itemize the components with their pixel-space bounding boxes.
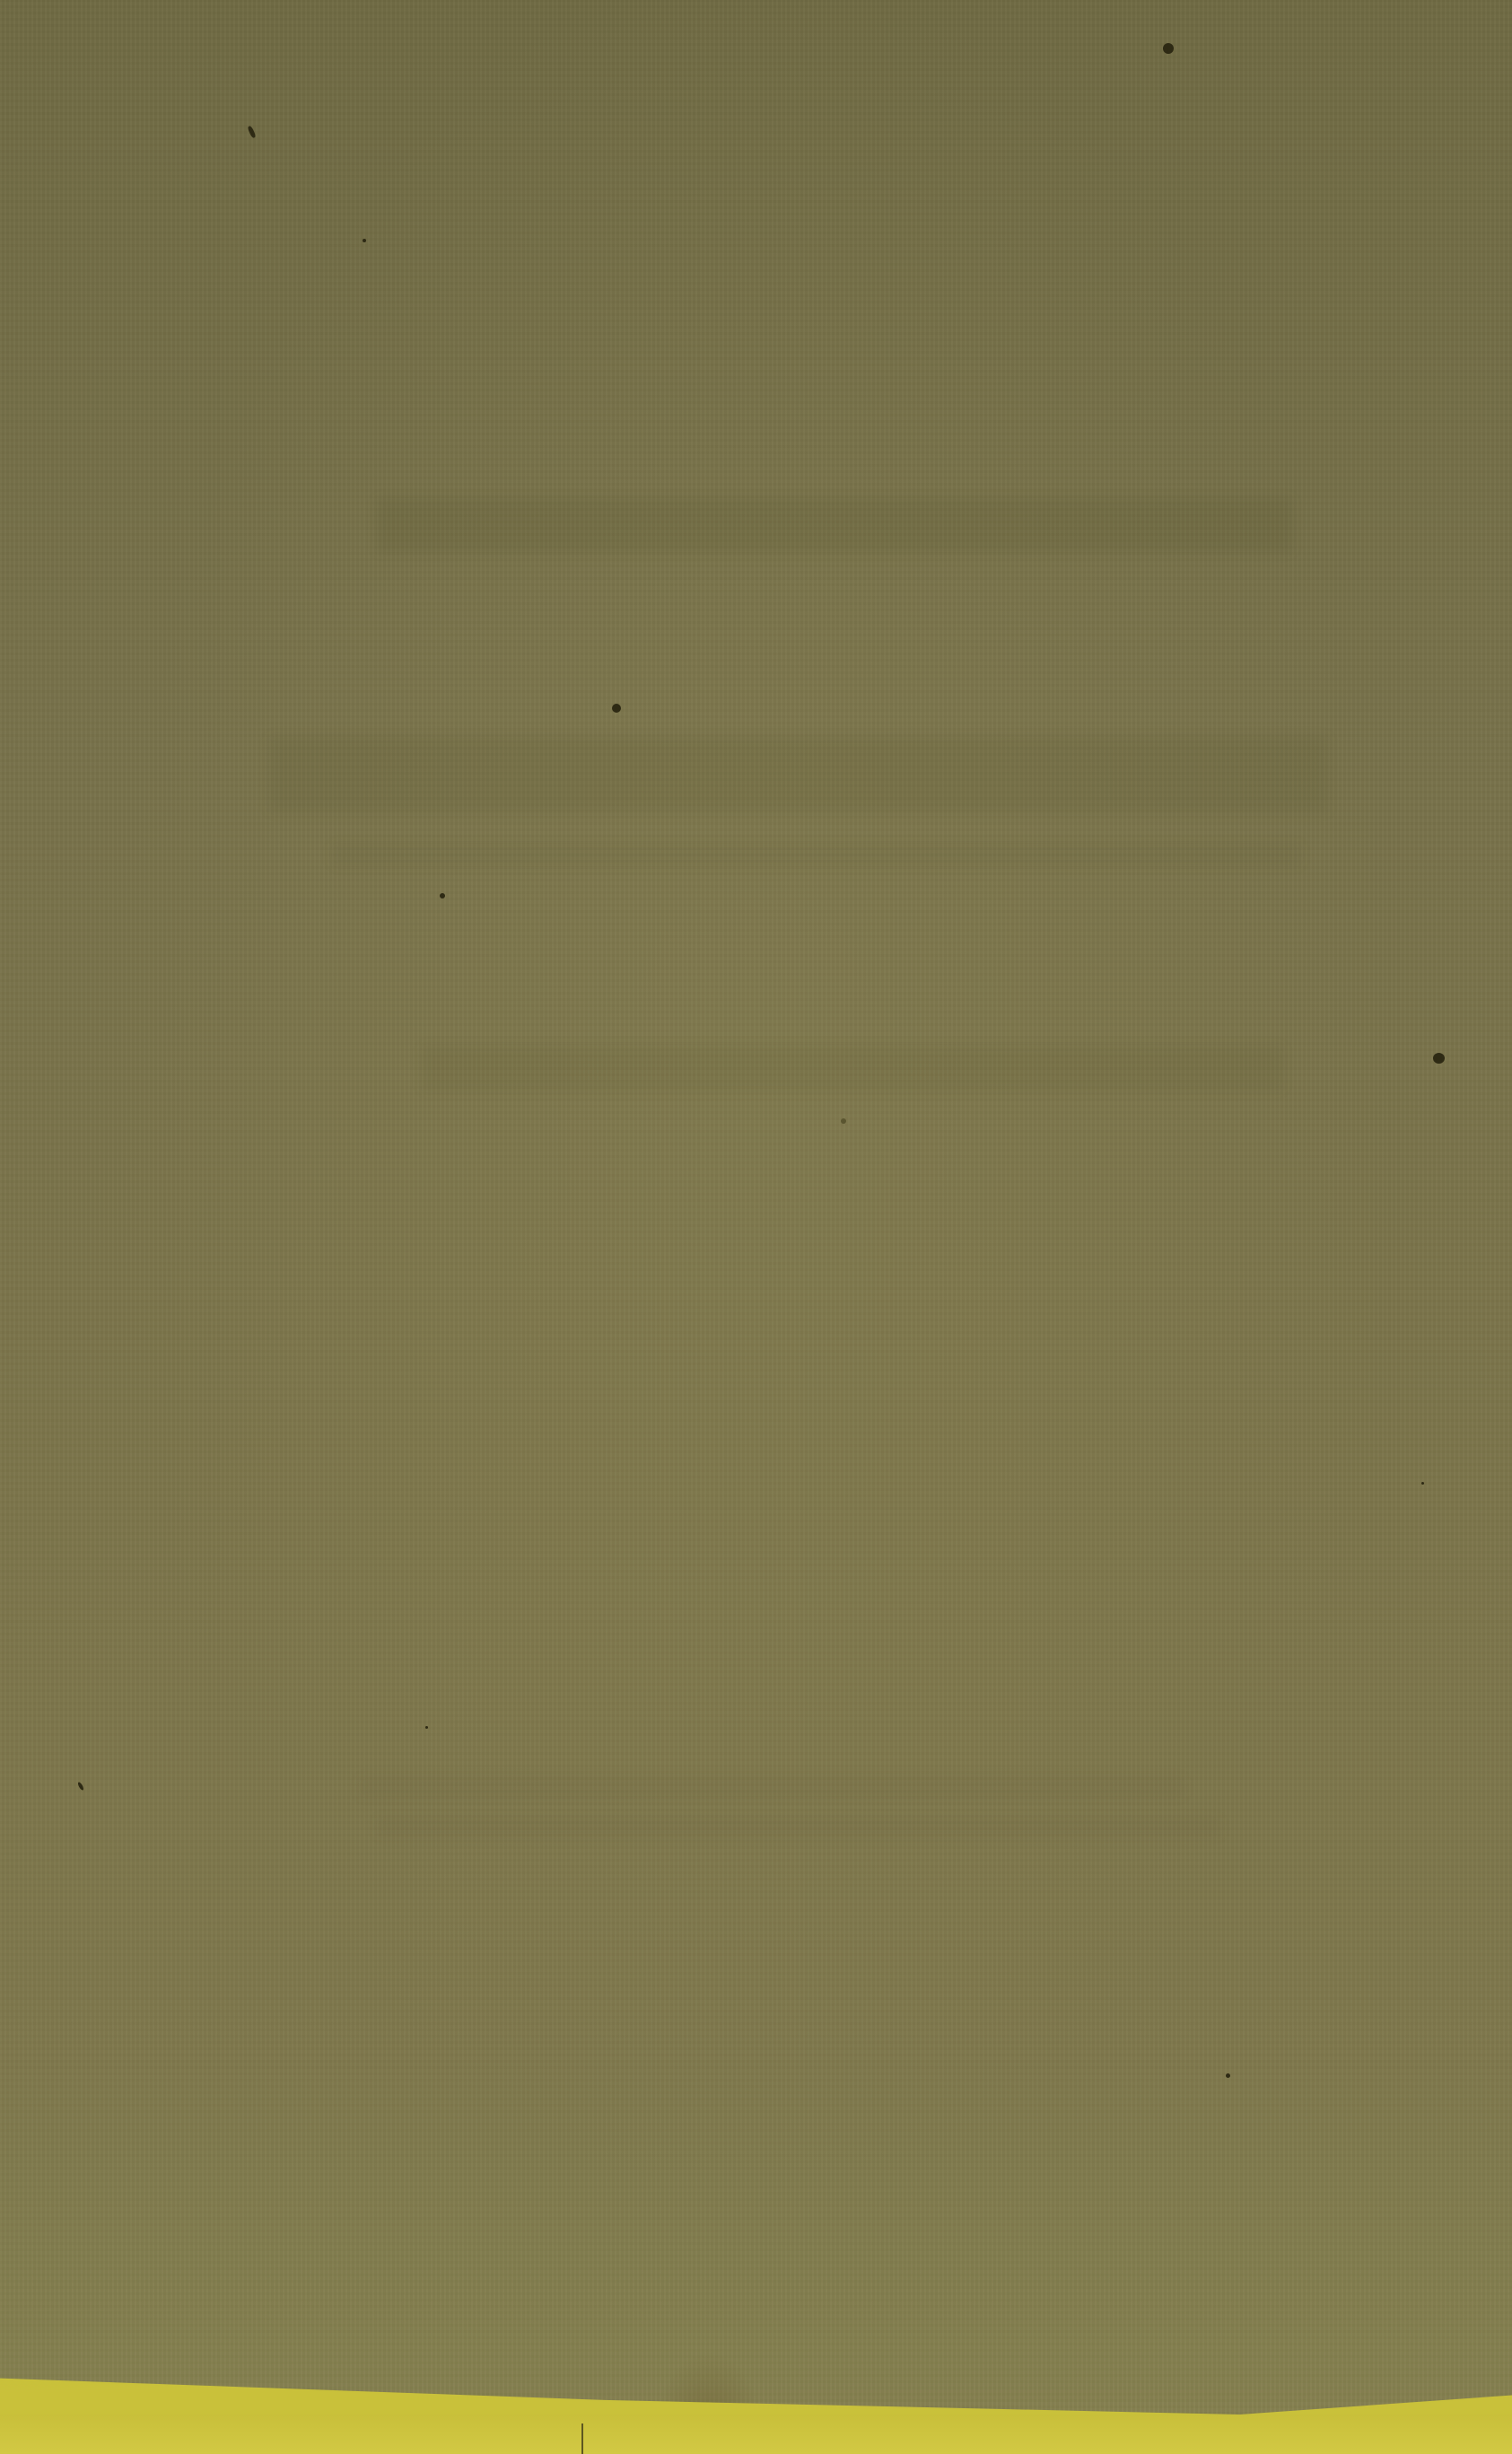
- paper-speck: [1163, 43, 1174, 54]
- paper-speck: [612, 704, 621, 713]
- scan-edge-crease: [581, 2423, 583, 2454]
- paper-speck: [1433, 1053, 1445, 1064]
- show-through-text-line: [377, 498, 1292, 552]
- show-through-text-line: [332, 844, 1301, 866]
- paper-speck: [1421, 1482, 1424, 1485]
- paper-speck: [425, 1726, 428, 1729]
- paper-grain-texture: [0, 0, 1512, 2415]
- show-through-text-line: [359, 1777, 1184, 1797]
- show-through-text-line: [377, 1818, 1220, 1837]
- show-through-title-line: [269, 736, 1328, 812]
- paper-speck: [363, 239, 366, 242]
- show-through-text-line: [422, 1046, 1283, 1091]
- paper-page: [0, 0, 1512, 2415]
- scanner-background-strip: [0, 2415, 1512, 2454]
- water-stain: [655, 2352, 763, 2423]
- paper-speck: [1226, 2073, 1230, 2078]
- paper-speck: [440, 893, 445, 898]
- paper-speck: [841, 1118, 846, 1124]
